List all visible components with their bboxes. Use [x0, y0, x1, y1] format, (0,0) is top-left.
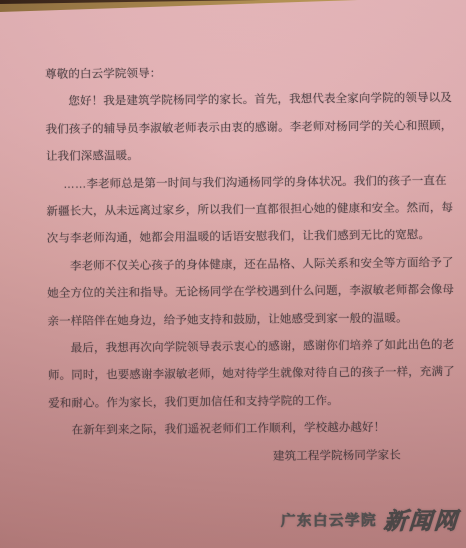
letter-line: 您好！我是建筑学院杨同学的家长。首先，我想代表全家向学院的领导以及: [45, 85, 453, 116]
letter-line: 她全方位的关注和指导。无论杨同学在学校遇到什么问题，李淑敏老师都会像母: [47, 277, 455, 308]
news-site-watermark: 广东白云学院 新闻网: [281, 503, 459, 537]
letter-line: 亲一样陪伴在她身边，给予她支持和鼓励，让她感受到家一般的温暖。: [47, 305, 455, 336]
letter-body: 尊敬的白云学院领导： 您好！我是建筑学院杨同学的家长。首先，我想代表全家向学院的…: [45, 58, 457, 473]
letter-line: 师。同时，也要感谢李淑敏老师，她对待学生就像对待自己的孩子一样，充满了: [48, 360, 456, 391]
letter-line: 让我们深感温暖。: [46, 140, 454, 171]
letter-line: 我们孩子的辅导员李淑敏老师表示由衷的感谢。李老师对杨同学的关心和照顾，: [46, 113, 454, 144]
letter-line: 最后，我想再次向学院领导表示衷心的感谢，感谢你们培养了如此出色的老: [48, 332, 456, 363]
watermark-site-name: 广东白云学院: [281, 509, 377, 531]
letter-salutation: 尊敬的白云学院领导：: [45, 58, 453, 89]
letter-line: 爱和耐心。作为家长，我们更加信任和支持学院的工作。: [48, 387, 456, 418]
letter-signature: 建筑工程学院杨同学家长: [49, 442, 457, 473]
letter-line: ……李老师总是第一时间与我们沟通杨同学的身体状况。我们的孩子一直在: [46, 168, 454, 199]
letter-line: 在新年到来之际，我们遥祝老师们工作顺利，学校越办越好！: [48, 414, 456, 445]
letter-line: 李老师不仅关心孩子的身体健康，还在品格、人际关系和安全等方面给予了: [47, 250, 455, 281]
watermark-news-label: 新闻网: [383, 503, 460, 536]
letter-line: 次与李老师沟通，她都会用温暖的话语安慰我们，让我们感到无比的宽慰。: [47, 223, 455, 254]
letter-photo: 尊敬的白云学院领导： 您好！我是建筑学院杨同学的家长。首先，我想代表全家向学院的…: [0, 0, 466, 548]
letter-line: 新疆长大，从未远离过家乡，所以我们一直都很担心她的健康和安全。然而，每: [46, 195, 454, 226]
